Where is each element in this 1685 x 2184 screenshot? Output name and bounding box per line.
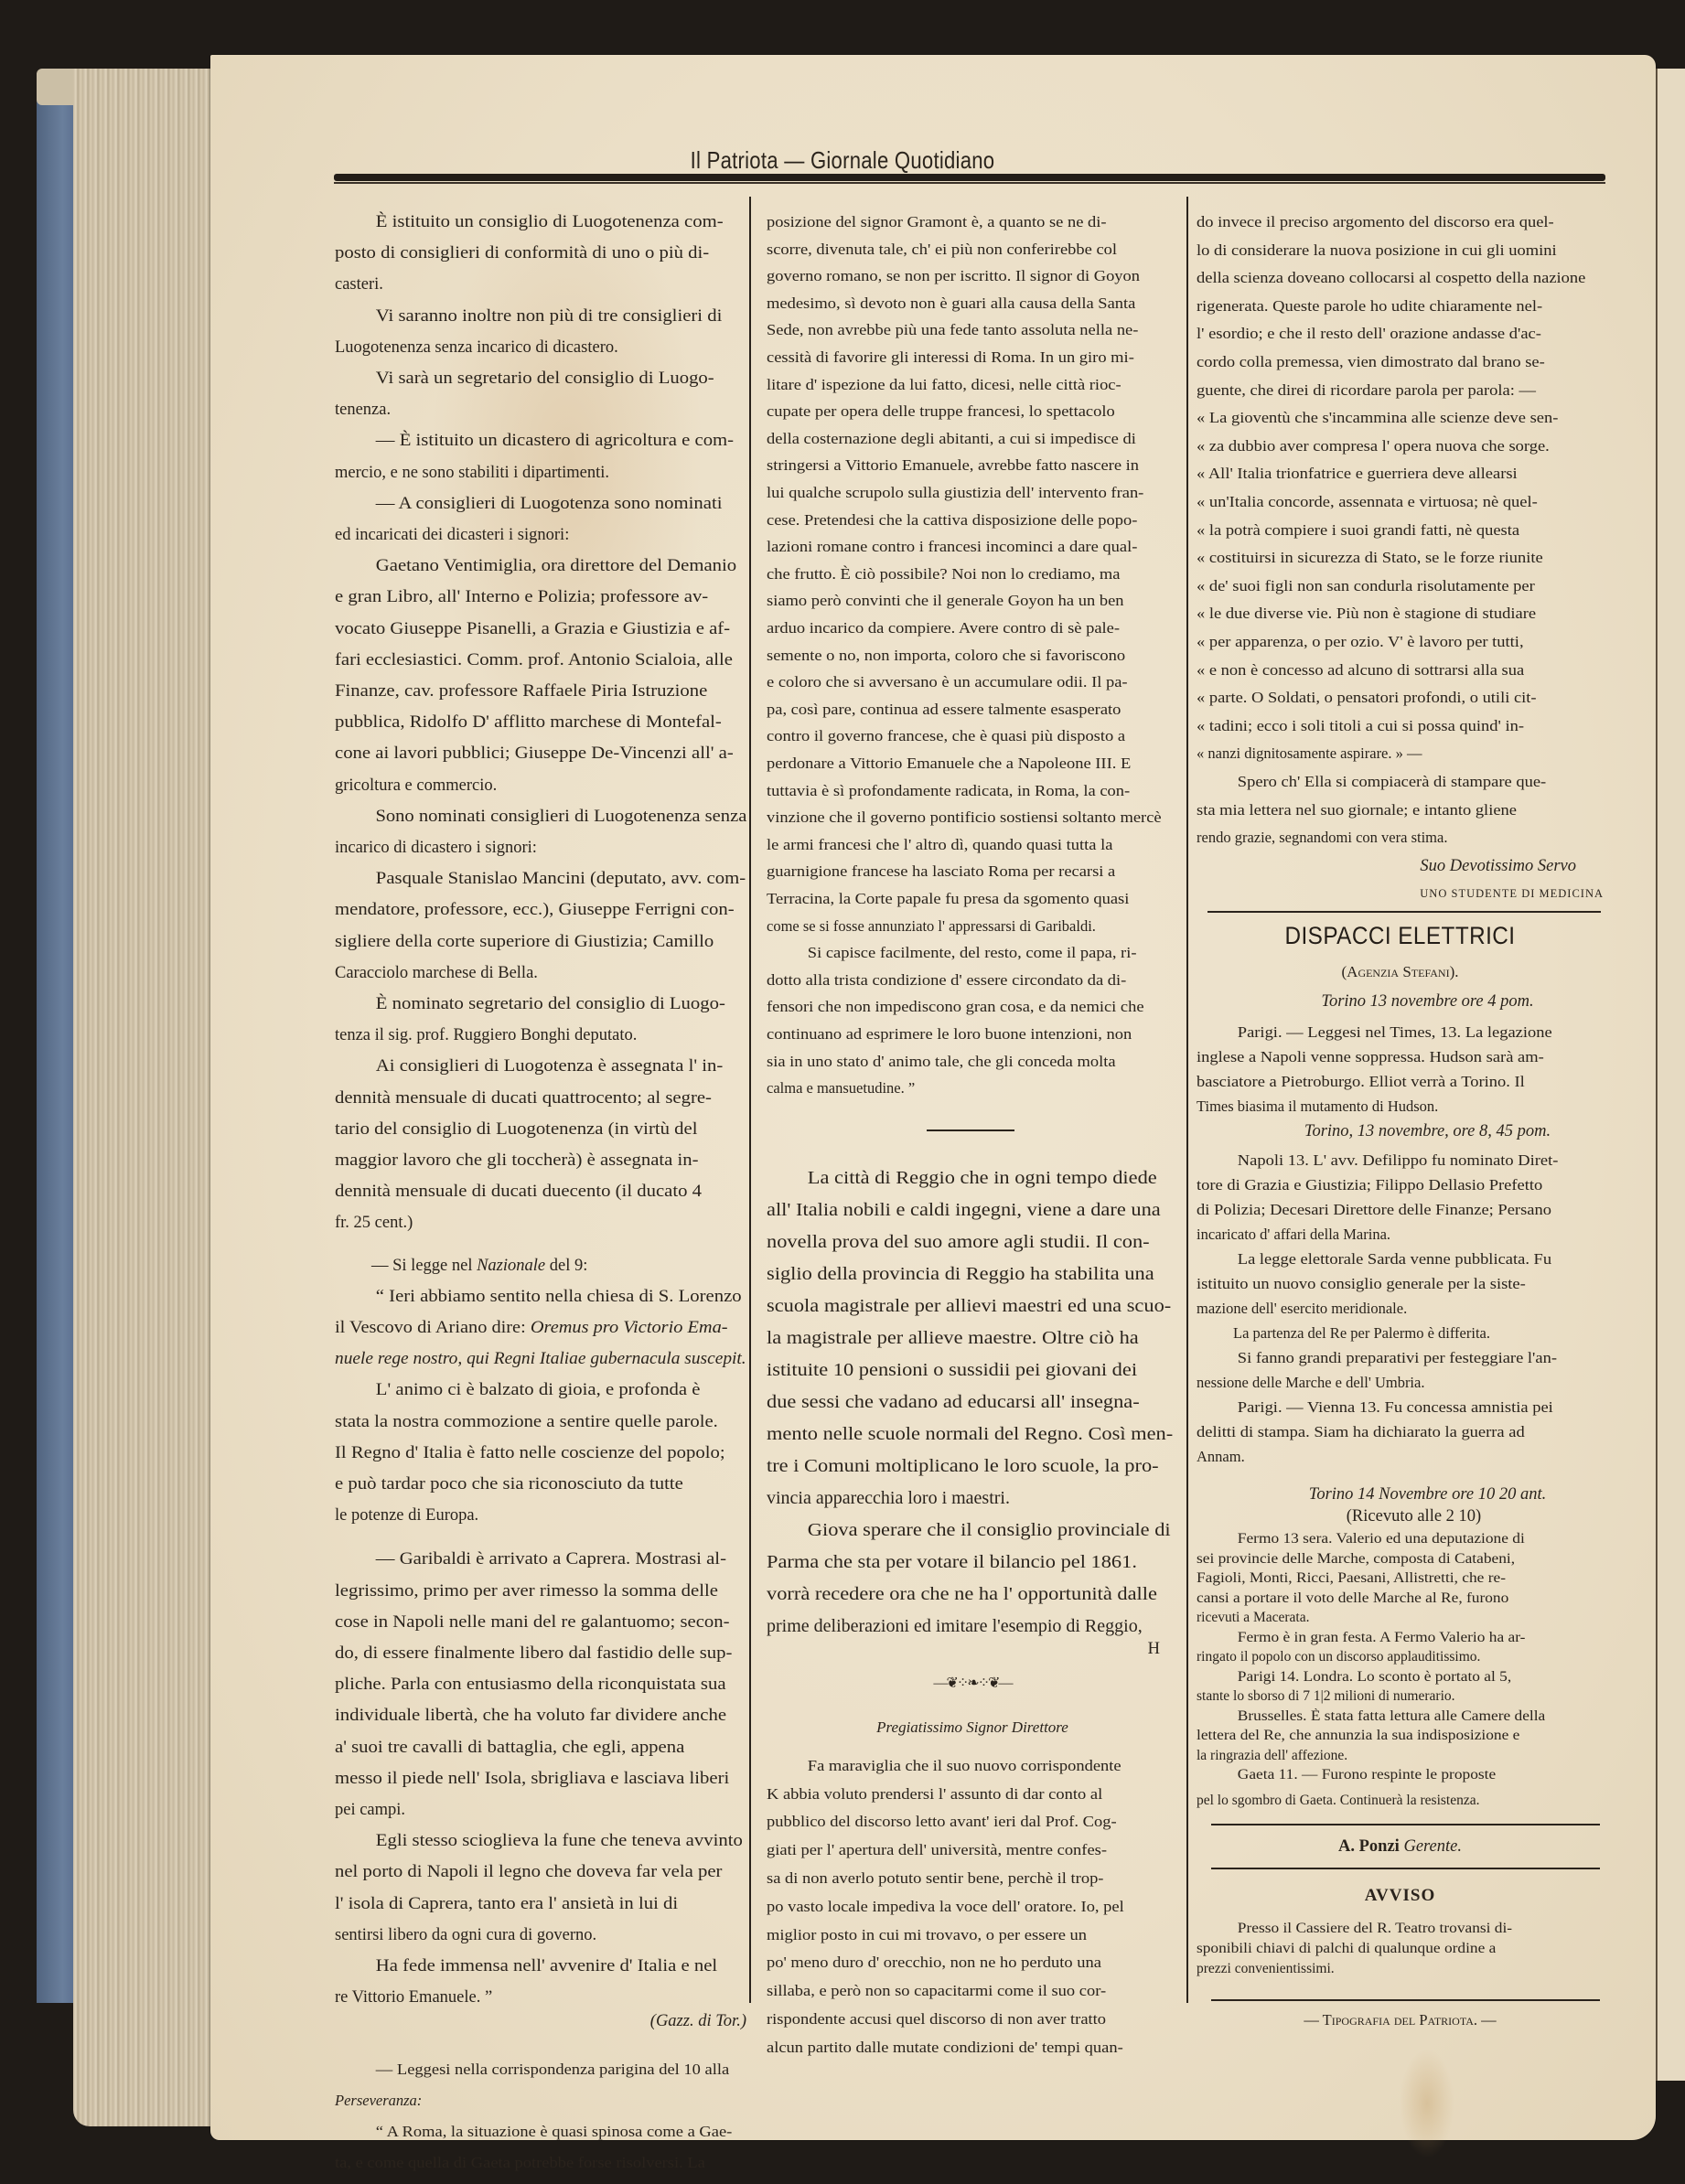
paper-stain xyxy=(1400,2049,1454,2158)
author-initial: H xyxy=(1148,1639,1160,1659)
notice-title: AVVISO xyxy=(1197,1886,1604,1906)
article-line: Sede, non avrebbe più una fede tanto ass… xyxy=(767,320,1138,340)
dispatch-dateline: Torino 14 Novembre ore 10 20 ant. xyxy=(1251,1484,1604,1504)
article-line: tenenza. xyxy=(335,400,391,420)
article-line: — A consiglieri di Luogotenza sono nomin… xyxy=(335,494,722,514)
letter-line: giati per l' apertura dell' università, … xyxy=(767,1840,1107,1860)
article-line: Finanze, cav. professore Raffaele Piria … xyxy=(335,681,707,701)
section-rule xyxy=(1211,1999,1600,2001)
dispatch-line: Napoli 13. L' avv. Defilippo fu nominato… xyxy=(1197,1151,1558,1171)
received-time: (Ricevuto alle 2 10) xyxy=(1224,1506,1604,1526)
article-line: cone ai lavori pubblici; Giuseppe De-Vin… xyxy=(335,744,734,764)
article-line: Si capisce facilmente, del resto, come i… xyxy=(767,943,1137,963)
column-divider xyxy=(1186,197,1188,2003)
letter-line: po vasto locale impediva la voce dell' o… xyxy=(767,1897,1124,1917)
article-line: litare d' ispezione da lui fatto, dicesi… xyxy=(767,375,1122,395)
nazionale-intro: — Si legge nel Nazionale del 9: xyxy=(335,1256,587,1276)
masthead-title: Il Patriota — Giornale Quotidiano xyxy=(126,146,1559,175)
gerente-name: A. Ponzi xyxy=(1338,1837,1403,1856)
article-line: tario del consiglio di Luogotenenza (in … xyxy=(335,1119,697,1140)
article-line: Egli stesso scioglieva la fune che tenev… xyxy=(335,1831,743,1851)
article-line: gricoltura e commercio. xyxy=(335,776,497,796)
article-line: vinzione che il governo pontificio sosti… xyxy=(767,808,1162,828)
article-line: prime deliberazioni ed imitare l'esempio… xyxy=(767,1614,1143,1638)
gerente-line: A. Ponzi Gerente. xyxy=(1197,1836,1604,1857)
dispatch-dateline: Torino 13 novembre ore 4 pom. xyxy=(1251,991,1604,1012)
dispatch-dateline: Torino, 13 novembre, ore 8, 45 pom. xyxy=(1251,1121,1604,1141)
letter-line: « costituirsi in sicurezza di Stato, se … xyxy=(1197,548,1543,568)
dispatch-line: La legge elettorale Sarda venne pubblica… xyxy=(1197,1249,1551,1269)
article-line: due sessi che vadano ad educarsi all' in… xyxy=(767,1390,1140,1414)
letter-signature: UNO STUDENTE DI MEDICINA xyxy=(1420,883,1604,904)
article-line: cese. Pretendesi che la cattiva disposiz… xyxy=(767,510,1137,530)
article-line: ta, e come quella di Gaeta potrebbe fors… xyxy=(335,2153,705,2173)
dispatch-line: Parigi 14. Londra. Lo sconto è portato a… xyxy=(1197,1668,1511,1686)
letter-line: rendo grazie, segnandomi con vera stima. xyxy=(1197,828,1447,848)
notice-line: sponibili chiavi di palchi di qualunque … xyxy=(1197,1939,1496,1959)
article-line: dotto alla trista condizione d' essere c… xyxy=(767,970,1126,990)
letter-line: Fa maraviglia che il suo nuovo corrispon… xyxy=(767,1756,1122,1776)
article-line: cose in Napoli nelle mani del re galantu… xyxy=(335,1612,730,1633)
article-line: mento nelle scuole normali del Regno. Co… xyxy=(767,1422,1173,1446)
article-line: Caracciolo marchese di Bella. xyxy=(335,963,538,983)
article-line: “ A Roma, la situazione è quasi spinosa … xyxy=(335,2122,732,2142)
letter-line: sa di non averlo potuto sentir bene, per… xyxy=(767,1868,1103,1889)
dispatch-line: Gaeta 11. — Furono respinte le proposte xyxy=(1197,1766,1496,1784)
newspaper-name: Nazionale xyxy=(477,1257,545,1275)
article-line: vocato Giuseppe Pisanelli, a Grazia e Gi… xyxy=(335,619,730,639)
printer-credit: — Tipografia del Patriota. — xyxy=(1197,2010,1604,2030)
article-line: Giova sperare che il consiglio provincia… xyxy=(767,1518,1171,1542)
article-line: cessità di favorire gli interessi di Rom… xyxy=(767,348,1134,368)
article-line: a' suoi tre cavalli di battaglia, che eg… xyxy=(335,1738,684,1758)
article-line: Parma che sta per votare il bilancio pel… xyxy=(767,1550,1137,1574)
latin-quote: Oremus pro Victorio Ema- xyxy=(531,1319,728,1337)
letter-line: della scienza doveano collocarsi al cosp… xyxy=(1197,268,1585,288)
letter-line: pubblico del discorso letto avant' ieri … xyxy=(767,1812,1117,1832)
article-line: il Vescovo di Ariano dire: Oremus pro Vi… xyxy=(335,1318,728,1338)
article-line: fari ecclesiastici. Comm. prof. Antonio … xyxy=(335,650,733,670)
article-line: semente o no, non importa, coloro che si… xyxy=(767,646,1125,666)
article-line: perdonare a Vittorio Emanuele che a Napo… xyxy=(767,754,1131,774)
article-line: arduo incarico da compiere. Avere contro… xyxy=(767,618,1120,638)
letter-line: « za dubbio aver compresa l' opera nuova… xyxy=(1197,436,1550,456)
article-line: governo romano, se non per iscritto. Il … xyxy=(767,266,1140,286)
column-divider xyxy=(749,197,751,2003)
dispatch-line: La partenza del Re per Palermo è differi… xyxy=(1197,1323,1490,1344)
intro-text: — Si legge nel xyxy=(371,1257,477,1275)
article-line: l' isola di Caprera, tanto era l' ansiet… xyxy=(335,1894,678,1914)
article-line: Il Regno d' Italia è fatto nelle coscien… xyxy=(335,1443,725,1463)
masthead-rule-thin xyxy=(334,182,1605,184)
article-line: vincia apparecchia loro i maestri. xyxy=(767,1486,1010,1510)
section-rule xyxy=(1211,1868,1600,1869)
article-line: scorre, divenuta tale, ch' ei più non co… xyxy=(767,240,1117,260)
letter-line: alcun partito dalle mutate condizioni de… xyxy=(767,2038,1123,2058)
dispatch-line: Parigi. — Vienna 13. Fu concessa amnisti… xyxy=(1197,1397,1553,1418)
article-line: tenza il sig. prof. Ruggiero Bonghi depu… xyxy=(335,1025,637,1045)
letter-line: « La gioventù che s'incammina alle scien… xyxy=(1197,408,1558,428)
notice-line: prezzi convenientissimi. xyxy=(1197,1959,1335,1979)
dispatches-heading: DISPACCI ELETTRICI xyxy=(1217,922,1583,950)
article-line: ed incaricati dei dicasteri i signori: xyxy=(335,525,569,545)
gerente-role: Gerente. xyxy=(1403,1837,1462,1856)
article-line: Luogotenenza senza incarico di dicastero… xyxy=(335,337,618,358)
article-line: sigliere della corte superiore di Giusti… xyxy=(335,932,714,952)
article-line: guarnigione francese ha lasciato Roma pe… xyxy=(767,862,1115,882)
article-line: scuola magistrale per allievi maestri ed… xyxy=(767,1294,1171,1318)
article-line: dennità mensuale di ducati duecento (il … xyxy=(335,1182,702,1202)
article-line: e gran Libro, all' Interno e Polizia; pr… xyxy=(335,587,708,607)
letter-line: guente, che direi di ricordare parola pe… xyxy=(1197,380,1536,401)
dispatch-line: Brusselles. È stata fatta lettura alle C… xyxy=(1197,1708,1545,1726)
article-line: come se si fosse annunziato l' appressar… xyxy=(767,916,1096,937)
article-line: medesimo, sì devoto non è guari alla cau… xyxy=(767,294,1135,314)
dispatch-line: istituito un nuovo consiglio generale pe… xyxy=(1197,1274,1526,1294)
article-line: sia in uno stato d' animo tale, che gli … xyxy=(767,1052,1116,1072)
dispatch-line: mazione dell' esercito meridionale. xyxy=(1197,1299,1407,1319)
dispatch-line: Fermo è in gran festa. A Fermo Valerio h… xyxy=(1197,1629,1525,1647)
dispatch-line: Fermo 13 sera. Valerio ed una deputazion… xyxy=(1197,1530,1525,1548)
dispatch-line: incaricato d' affari della Marina. xyxy=(1197,1225,1390,1245)
article-line: dennità mensuale di ducati quattrocento;… xyxy=(335,1088,712,1108)
article-line: tuttavia è sì profondamente radicata, in… xyxy=(767,781,1130,801)
letter-line: « de' suoi figli non san condurla risolu… xyxy=(1197,576,1535,596)
article-line: nel porto di Napoli il legno che doveva … xyxy=(335,1862,722,1882)
latin-quote: nuele rege nostro, qui Regni Italiae gub… xyxy=(335,1349,746,1369)
dispatch-line: pel lo sgombro di Gaeta. Continuerà la r… xyxy=(1197,1792,1479,1810)
article-line: istituite 10 pensioni o sussidii pei gio… xyxy=(767,1358,1137,1382)
article-line: pliche. Parla con entusiasmo della ricon… xyxy=(335,1675,726,1695)
book-page-stack xyxy=(73,69,229,2126)
section-rule xyxy=(1211,1824,1600,1825)
dispatch-line: ricevuti a Macerata. xyxy=(1197,1609,1310,1627)
article-line: siamo però convinti che il generale Goyo… xyxy=(767,591,1124,611)
article-line: fr. 25 cent.) xyxy=(335,1213,413,1233)
article-line: pei campi. xyxy=(335,1800,405,1820)
article-line: Vi saranno inoltre non più di tre consig… xyxy=(335,306,722,327)
article-line: re Vittorio Emanuele. ” xyxy=(335,1987,492,2007)
dispatch-line: tore di Grazia e Giustizia; Filippo Dell… xyxy=(1197,1175,1542,1195)
letter-line: rigenerata. Queste parole ho udite chiar… xyxy=(1197,296,1542,316)
article-line: Ha fede immensa nell' avvenire d' Italia… xyxy=(335,1956,717,1976)
article-line: mercio, e ne sono stabiliti i dipartimen… xyxy=(335,463,609,483)
section-separator xyxy=(927,1129,1014,1131)
letter-line: « le due diverse vie. Più non è stagione… xyxy=(1197,604,1536,624)
article-line: do, di essere finalmente libero dal fast… xyxy=(335,1643,732,1664)
letter-line: l' esordio; e che il resto dell' orazion… xyxy=(1197,324,1541,344)
letter-salutation: Pregiatissimo Signor Direttore xyxy=(767,1718,1178,1738)
dispatch-line: lettera del Re, che annunzia la sua indi… xyxy=(1197,1727,1519,1745)
source-citation: (Gazz. di Tor.) xyxy=(650,2011,746,2031)
letter-line: sillaba, e però non so capacitarmi come … xyxy=(767,1981,1106,2001)
article-line: stringersi a Vittorio Emanuele, avrebbe … xyxy=(767,455,1139,476)
article-line: stata la nostra commozione a sentire que… xyxy=(335,1412,718,1432)
letter-line: cordo colla premessa, vien dimostrato da… xyxy=(1197,352,1545,372)
letter-line: « un'Italia concorde, assennata e virtuo… xyxy=(1197,492,1538,512)
letter-line: « la potrà compiere i suoi grandi fatti,… xyxy=(1197,520,1519,541)
article-line: Gaetano Ventimiglia, ora direttore del D… xyxy=(335,556,736,576)
article-line: maggior lavoro che gli toccherà) è asseg… xyxy=(335,1151,699,1171)
article-line: messo il piede nell' Isola, sbrigliava e… xyxy=(335,1769,729,1789)
article-line: della costernazione degli abitanti, a cu… xyxy=(767,429,1136,449)
dispatch-line: Fagioli, Monti, Ricci, Paesani, Allistre… xyxy=(1197,1569,1506,1588)
dispatch-line: ringato il popolo con un discorso applau… xyxy=(1197,1648,1480,1666)
article-line: novella prova del suo amore agli studii.… xyxy=(767,1230,1150,1254)
article-line: — È istituito un dicastero di agricoltur… xyxy=(335,431,734,451)
article-line: continuano ad esprimere le loro buone in… xyxy=(767,1024,1132,1044)
article-line: e può tardar poco che sia riconosciuto d… xyxy=(335,1474,683,1494)
letter-line: sta mia lettera nel suo giornale; e inta… xyxy=(1197,800,1517,820)
letter-line: Spero ch' Ella si compiacerà di stampare… xyxy=(1197,772,1546,792)
letter-line: « e non è concesso ad alcuno di sottrars… xyxy=(1197,660,1524,680)
article-line: mendatore, professore, ecc.), Giuseppe F… xyxy=(335,900,735,920)
article-line: “ Ieri abbiamo sentito nella chiesa di S… xyxy=(335,1287,742,1307)
letter-line: « All' Italia trionfatrice e guerriera d… xyxy=(1197,464,1518,484)
dispatch-line: Si fanno grandi preparativi per festeggi… xyxy=(1197,1348,1557,1368)
article-line: le potenze di Europa. xyxy=(335,1505,478,1526)
dispatch-line: di Polizia; Decesari Direttore delle Fin… xyxy=(1197,1200,1551,1220)
dispatch-line: basciatore a Pietroburgo. Elliot verrà a… xyxy=(1197,1072,1525,1092)
article-line: sentirsi libero da ogni cura di governo. xyxy=(335,1925,596,1945)
dispatch-line: nessione delle Marche e dell' Umbria. xyxy=(1197,1373,1424,1393)
article-line: L' animo ci è balzato di gioia, e profon… xyxy=(335,1380,700,1400)
article-line: — Garibaldi è arrivato a Caprera. Mostra… xyxy=(335,1549,726,1569)
dispatch-line: Parigi. — Leggesi nel Times, 13. La lega… xyxy=(1197,1022,1552,1043)
letter-line: po' meno duro d' orecchio, non ne ho per… xyxy=(767,1953,1101,1973)
article-line: Ai consiglieri di Luogotenza è assegnata… xyxy=(335,1056,723,1076)
dispatch-line: delitti di stampa. Siam ha dichiarato la… xyxy=(1197,1422,1525,1442)
article-line: pubblica, Ridolfo D' afflitto marchese d… xyxy=(335,712,722,733)
newspaper-name: Perseveranza: xyxy=(335,2091,422,2111)
letter-line: do invece il preciso argomento del disco… xyxy=(1197,212,1554,232)
letter-line: rispondente accusi quel discorso di non … xyxy=(767,2009,1106,2029)
article-line: pa, così pare, continua ad essere talmen… xyxy=(767,700,1121,720)
article-line: le armi francesi che l' altro dì, quando… xyxy=(767,835,1112,855)
article-line: lazioni romane contro i francesi incomin… xyxy=(767,537,1137,557)
letter-closing: Suo Devotissimo Servo xyxy=(1420,856,1576,876)
article-line: e coloro che si avversano è un accumular… xyxy=(767,672,1128,692)
article-line: Vi sarà un segretario del consiglio di L… xyxy=(335,369,714,389)
dispatch-line: la ringrazia dell' affezione. xyxy=(1197,1747,1347,1765)
article-line: È nominato segretario del consiglio di L… xyxy=(335,994,725,1014)
decorative-ornament: —❦⁘❧⁘❦— xyxy=(904,1674,1041,1692)
letter-line: lo di considerare la nuova posizione in … xyxy=(1197,241,1557,261)
next-page-edge xyxy=(1656,69,1685,2081)
article-line: posizione del signor Gramont è, a quanto… xyxy=(767,212,1107,232)
article-line: fensori che non impediscono gran cosa, e… xyxy=(767,997,1144,1017)
article-line: Terracina, la Corte papale fu presa da s… xyxy=(767,889,1129,909)
article-line: cupate per opera delle truppe francesi, … xyxy=(767,401,1115,422)
letter-line: « tadini; ecco i soli titoli a cui si po… xyxy=(1197,716,1524,736)
article-line: vorrà recedere ora che ne ha l' opportun… xyxy=(767,1582,1157,1606)
article-line: tre i Comuni moltiplicano le loro scuole… xyxy=(767,1454,1159,1478)
article-line: casteri. xyxy=(335,274,383,294)
article-line: individuale libertà, che ha voluto far d… xyxy=(335,1706,726,1726)
text: il Vescovo di Ariano dire: xyxy=(335,1319,531,1337)
dispatch-line: stante lo sborso di 7 1|2 milioni di num… xyxy=(1197,1687,1455,1706)
letter-line: miglior posto in cui mi trovavo, o per e… xyxy=(767,1925,1087,1945)
dispatch-line: sei provincie delle Marche, composta di … xyxy=(1197,1550,1515,1568)
dispatch-line: cansi a portare il voto delle Marche al … xyxy=(1197,1590,1508,1608)
section-rule xyxy=(1207,911,1601,913)
dispatch-line: Times biasima il mutamento di Hudson. xyxy=(1197,1097,1438,1117)
article-line: Pasquale Stanislao Mancini (deputato, av… xyxy=(335,869,746,889)
news-agency: (Agenzia Stefani). xyxy=(1197,962,1604,982)
article-line: che frutto. È ciò possibile? Noi non lo … xyxy=(767,564,1120,584)
article-line: incarico di dicastero i signori: xyxy=(335,838,537,858)
letter-line: « parte. O Soldati, o pensatori profondi… xyxy=(1197,688,1537,708)
article-line: legrissimo, primo per aver rimesso la so… xyxy=(335,1581,718,1601)
intro-text: del 9: xyxy=(545,1257,587,1275)
dispatch-line: inglese a Napoli venne soppressa. Hudson… xyxy=(1197,1047,1544,1067)
article-line: La città di Reggio che in ogni tempo die… xyxy=(767,1166,1157,1190)
article-line: — Leggesi nella corrispondenza parigina … xyxy=(335,2060,729,2080)
article-line: all' Italia nobili e caldi ingegni, vien… xyxy=(767,1198,1161,1222)
article-line: la magistrale per allieve maestre. Oltre… xyxy=(767,1326,1139,1350)
letter-line: « per apparenza, o per ozio. V' è lavoro… xyxy=(1197,632,1524,652)
masthead-rule xyxy=(334,174,1605,181)
article-line: calma e mansuetudine. ” xyxy=(767,1078,915,1098)
article-line: Sono nominati consiglieri di Luogotenenz… xyxy=(335,807,746,827)
letter-line: « nanzi dignitosamente aspirare. » — xyxy=(1197,744,1422,764)
article-line: siglio della provincia di Reggio ha stab… xyxy=(767,1262,1154,1286)
article-line: posto di consiglieri di conformità di un… xyxy=(335,243,709,263)
dispatch-line: Annam. xyxy=(1197,1447,1245,1467)
article-line: È istituito un consiglio di Luogotenenza… xyxy=(335,212,724,232)
article-line: lui qualche scrupolo sulla giustizia del… xyxy=(767,483,1143,503)
article-line: contro il governo francese, che è quasi … xyxy=(767,726,1125,746)
letter-line: K abbia voluto prendersi l' assunto di d… xyxy=(767,1784,1102,1804)
notice-line: Presso il Cassiere del R. Teatro trovans… xyxy=(1197,1919,1512,1939)
